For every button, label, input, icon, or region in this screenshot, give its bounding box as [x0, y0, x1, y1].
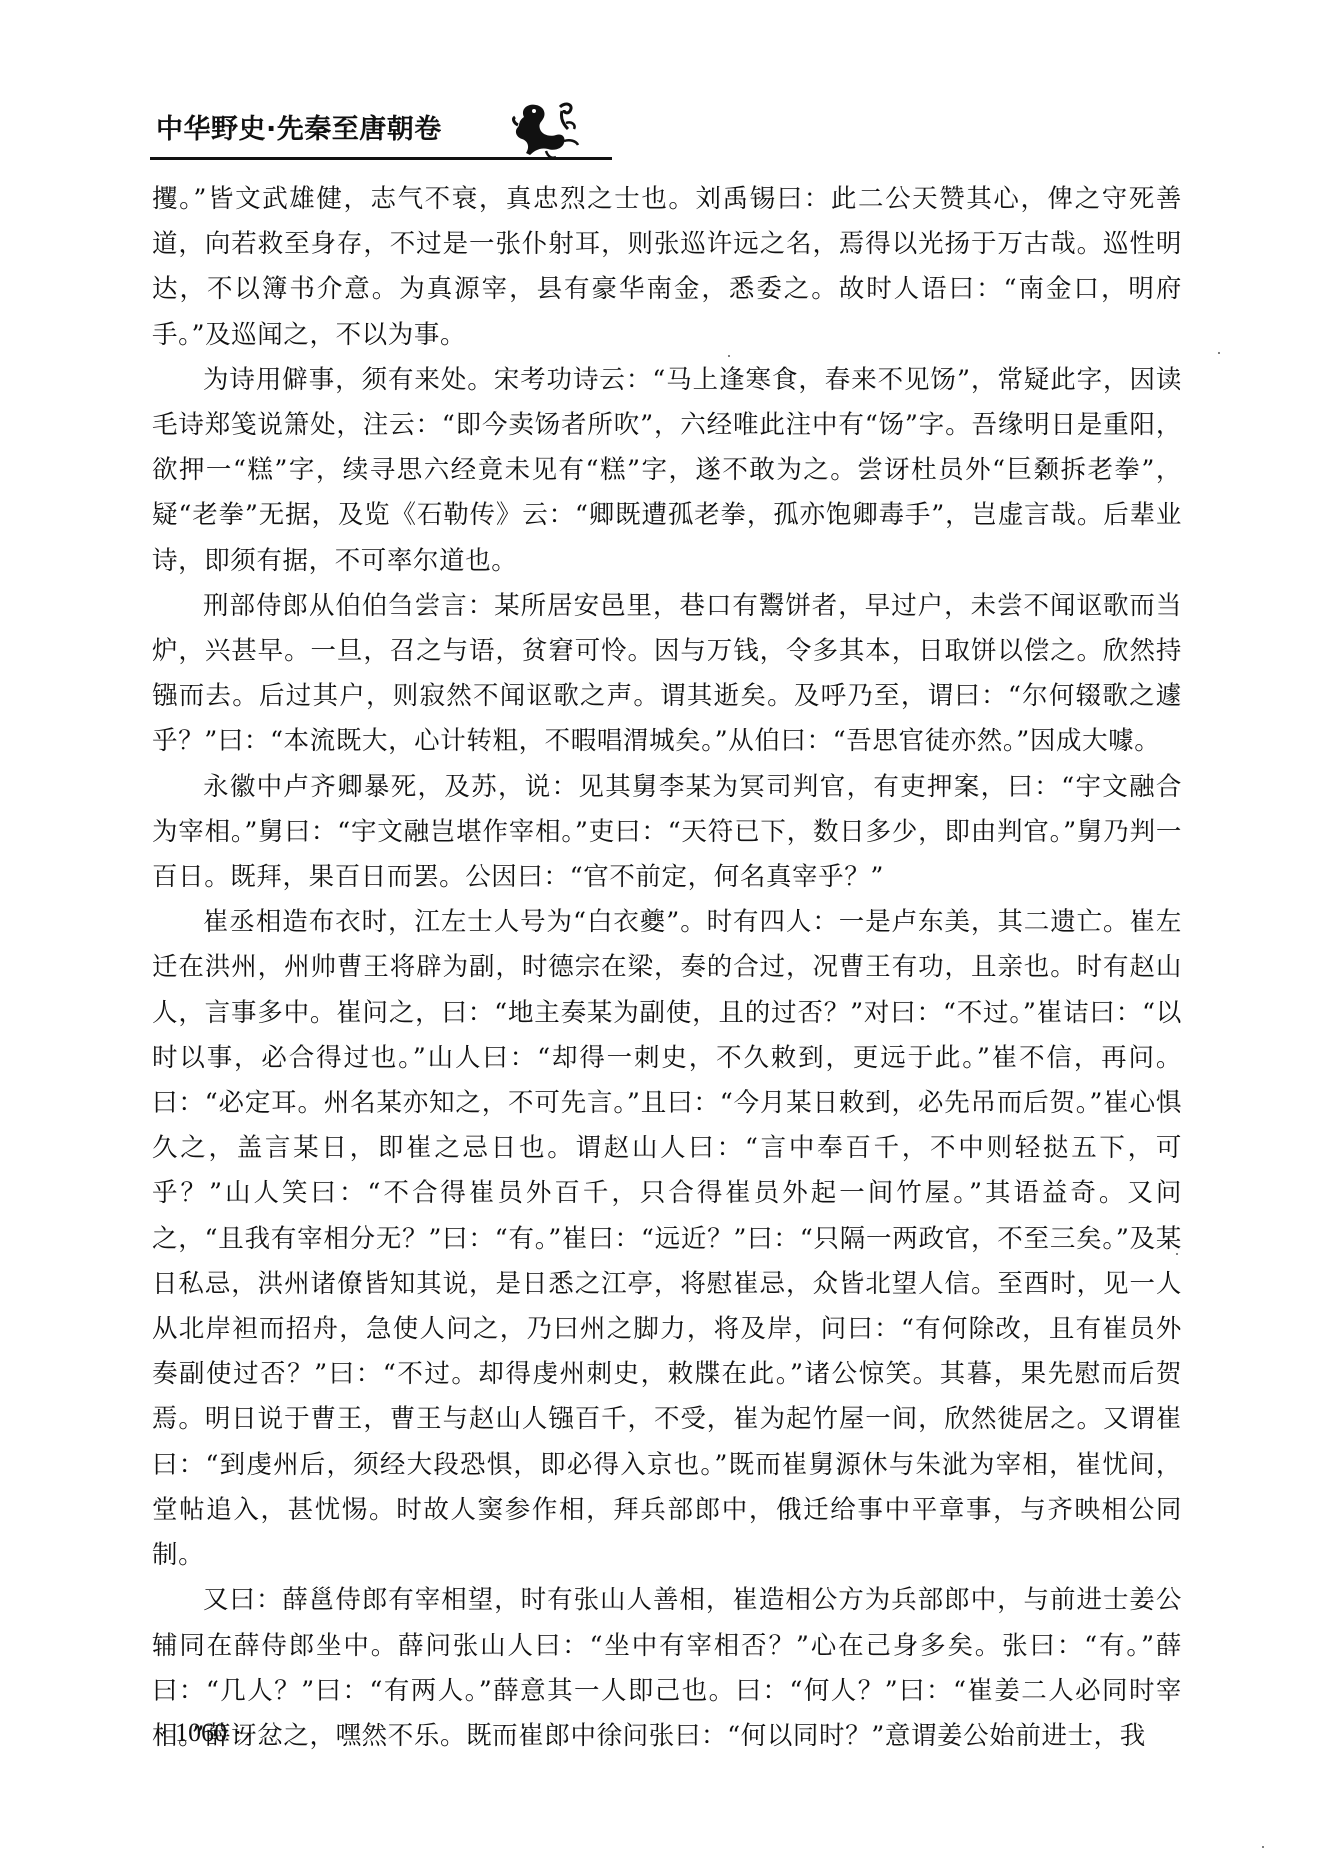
scan-speck	[1218, 352, 1220, 354]
scan-speck	[1176, 1253, 1178, 1255]
paragraph: 崔丞相造布衣时，江左士人号为“白衣夔”。时有四人：一是卢东美，其二遗亡。崔左迁在…	[152, 900, 1182, 1578]
page-number: · 1060 ·	[160, 1718, 242, 1748]
paragraph: 又曰：薛邕侍郎有宰相望，时有张山人善相，崔造相公方为兵部郎中，与前进士姜公辅同在…	[152, 1578, 1182, 1759]
paragraph: 攫。”皆文武雄健，志气不衰，真忠烈之士也。刘禹锡曰：此二公天赞其心，俾之守死善道…	[152, 177, 1182, 358]
running-header: 中华野史·先秦至唐朝卷	[150, 95, 610, 175]
scan-speck	[1262, 1846, 1264, 1848]
paragraph: 刑部侍郎从伯伯刍尝言：某所居安邑里，巷口有鬻饼者，早过户，未尝不闻讴歌而当炉，兴…	[152, 584, 1182, 765]
book-title: 中华野史·先秦至唐朝卷	[156, 107, 442, 146]
scan-speck	[728, 355, 730, 357]
page-body: 攫。”皆文武雄健，志气不衰，真忠烈之士也。刘禹锡曰：此二公天赞其心，俾之守死善道…	[152, 177, 1182, 1759]
paragraph: 为诗用僻事，须有来处。宋考功诗云：“马上逢寒食，春来不见饧”，常疑此字，因读毛诗…	[152, 358, 1182, 584]
paragraph: 永徽中卢齐卿暴死，及苏，说：见其舅李某为冥司判官，有吏押案，曰：“宇文融合为宰相…	[152, 765, 1182, 901]
header-divider	[150, 157, 612, 160]
dragon-icon	[506, 95, 586, 165]
